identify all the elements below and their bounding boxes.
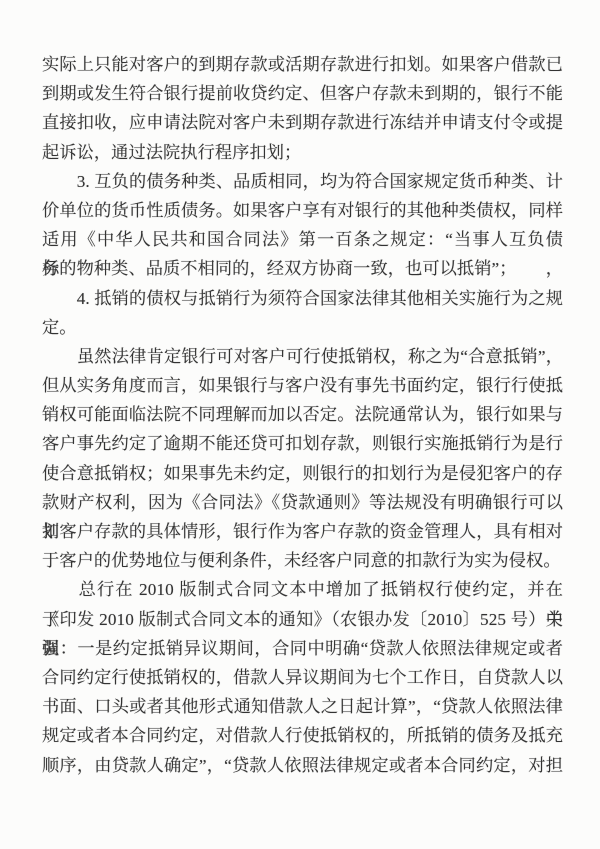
text-line: 适用《中华人民共和国合同法》第一百条之规定：“当事人互负债务，: [42, 225, 563, 254]
text-line: 标的物种类、品质不相同的，经双方协商一致，也可以抵销”；: [42, 254, 563, 283]
text-line: 销权可能面临法院不同理解而加以否定。法院通常认为，银行如果与: [42, 400, 563, 429]
text-line: 定。: [42, 313, 563, 342]
text-line: 虽然法律肯定银行可对客户可行使抵销权，称之为“合意抵销”，: [42, 342, 563, 371]
text-line: 于客户的优势地位与便利条件，未经客户同意的扣款行为实为侵权。: [42, 546, 563, 575]
text-line: 到期或发生符合银行提前收贷约定、但客户存款未到期的，银行不能: [42, 79, 563, 108]
text-line: 规定或者本合同约定，对借款人行使抵销权的，所抵销的债务及抵充: [42, 721, 563, 750]
text-line: 直接扣收，应申请法院对客户未到期存款进行冻结并申请支付令或提: [42, 108, 563, 137]
text-block: 实际上只能对客户的到期存款或活期存款进行扣划。如果客户借款已 到期或发生符合银行…: [42, 50, 563, 780]
text-line: 款财产权利，因为《合同法》《贷款通则》等法规没有明确银行可以扣: [42, 488, 563, 517]
text-line: 4. 抵销的债权与抵销行为须符合国家法律其他相关实施行为之规: [42, 284, 563, 313]
text-line: 总行在 2010 版制式合同文本中增加了抵销权行使约定，并在《关: [42, 575, 563, 604]
text-line: 划客户存款的具体情形，银行作为客户存款的资金管理人，具有相对: [42, 517, 563, 546]
text-line: 书面、口头或者其他形式通知借款人之日起计算”，“贷款人依照法律: [42, 692, 563, 721]
text-line: 起诉讼，通过法院执行程序扣划；: [42, 138, 563, 167]
text-line: 于印发 2010 版制式合同文本的通知》（农银办发〔2010〕525 号）中强: [42, 605, 563, 634]
text-line: 客户事先约定了逾期不能还贷可扣划存款，则银行实施抵销行为是行: [42, 429, 563, 458]
text-line: 使合意抵销权；如果事先未约定，则银行的扣划行为是侵犯客户的存: [42, 459, 563, 488]
text-line: 调：一是约定抵销异议期间，合同中明确“贷款人依照法律规定或者: [42, 634, 563, 663]
text-line: 价单位的货币性质债务。如果客户享有对银行的其他种类债权，同样: [42, 196, 563, 225]
text-line: 实际上只能对客户的到期存款或活期存款进行扣划。如果客户借款已: [42, 50, 563, 79]
text-line: 3. 互负的债务种类、品质相同，均为符合国家规定货币种类、计: [42, 167, 563, 196]
document-page: 实际上只能对客户的到期存款或活期存款进行扣划。如果客户借款已 到期或发生符合银行…: [0, 0, 600, 849]
text-line: 顺序，由贷款人确定”，“贷款人依照法律规定或者本合同约定，对担: [42, 751, 563, 780]
text-line: 合同约定行使抵销权的，借款人异议期间为七个工作日，自贷款人以: [42, 663, 563, 692]
text-line: 但从实务角度而言，如果银行与客户没有事先书面约定，银行行使抵: [42, 371, 563, 400]
